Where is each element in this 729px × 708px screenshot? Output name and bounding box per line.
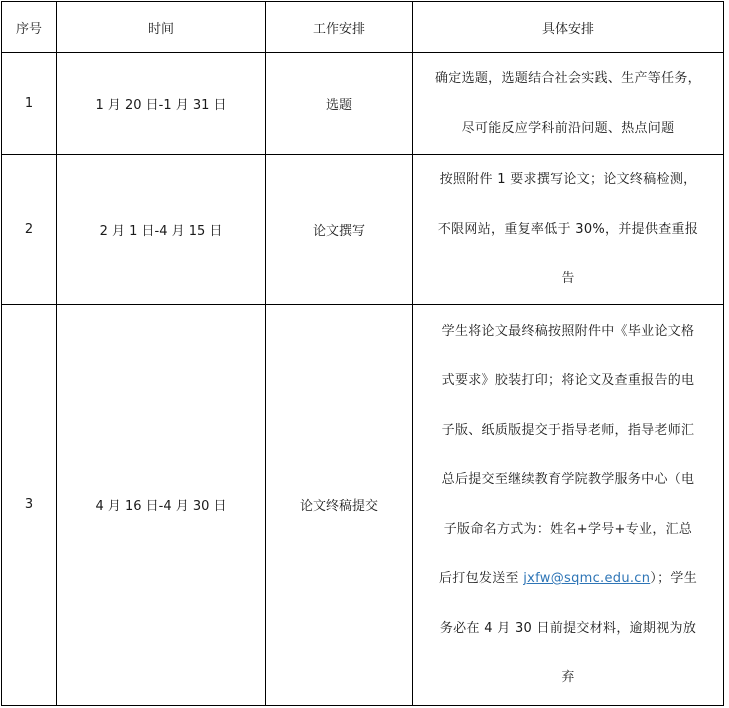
row-detail: 确定选题，选题结合社会实践、生产等任务， 尽可能反应学科前沿问题、热点问题: [413, 53, 724, 155]
table-row: 2 2 月 1 日-4 月 15 日 论文撰写 按照附件 1 要求撰写论文；论文…: [2, 155, 724, 305]
detail-line: 学生将论文最终稿按照附件中《毕业论文格: [419, 307, 717, 357]
detail-line: 告: [419, 254, 717, 304]
table-row: 1 1 月 20 日-1 月 31 日 选题 确定选题，选题结合社会实践、生产等…: [2, 53, 724, 155]
detail-text: 后打包发送至: [439, 571, 523, 586]
row-time: 4 月 16 日-4 月 30 日: [57, 304, 266, 705]
schedule-table: 序号 时间 工作安排 具体安排 1 1 月 20 日-1 月 31 日 选题 确…: [1, 1, 724, 706]
table-header-row: 序号 时间 工作安排 具体安排: [2, 2, 724, 53]
detail-line: 总后提交至继续教育学院教学服务中心（电: [419, 455, 717, 505]
row-index: 2: [2, 155, 57, 305]
header-task: 工作安排: [266, 2, 413, 53]
detail-line: 确定选题，选题结合社会实践、生产等任务，: [419, 54, 717, 104]
row-index: 3: [2, 304, 57, 705]
detail-line: 务必在 4 月 30 日前提交材料，逾期视为放: [419, 604, 717, 654]
detail-line-with-email: 后打包发送至 jxfw@sqmc.edu.cn）；学生: [419, 554, 717, 604]
detail-line: 子版、纸质版提交于指导老师，指导老师汇: [419, 406, 717, 456]
row-detail: 按照附件 1 要求撰写论文；论文终稿检测， 不限网站，重复率低于 30%，并提供…: [413, 155, 724, 305]
row-task: 论文终稿提交: [266, 304, 413, 705]
header-index: 序号: [2, 2, 57, 53]
row-detail: 学生将论文最终稿按照附件中《毕业论文格 式要求》胶装打印；将论文及查重报告的电 …: [413, 304, 724, 705]
email-link[interactable]: jxfw@sqmc.edu.cn: [523, 571, 650, 586]
detail-line: 式要求》胶装打印；将论文及查重报告的电: [419, 356, 717, 406]
detail-line: 子版命名方式为：姓名+学号+专业，汇总: [419, 505, 717, 555]
row-task: 论文撰写: [266, 155, 413, 305]
detail-line: 弃: [419, 653, 717, 703]
detail-line: 不限网站，重复率低于 30%，并提供查重报: [419, 205, 717, 255]
row-time: 1 月 20 日-1 月 31 日: [57, 53, 266, 155]
header-time: 时间: [57, 2, 266, 53]
row-index: 1: [2, 53, 57, 155]
detail-line: 尽可能反应学科前沿问题、热点问题: [419, 104, 717, 154]
detail-line: 按照附件 1 要求撰写论文；论文终稿检测，: [419, 155, 717, 205]
detail-text: ）；学生: [650, 571, 697, 586]
row-task: 选题: [266, 53, 413, 155]
table-row: 3 4 月 16 日-4 月 30 日 论文终稿提交 学生将论文最终稿按照附件中…: [2, 304, 724, 705]
header-detail: 具体安排: [413, 2, 724, 53]
row-time: 2 月 1 日-4 月 15 日: [57, 155, 266, 305]
